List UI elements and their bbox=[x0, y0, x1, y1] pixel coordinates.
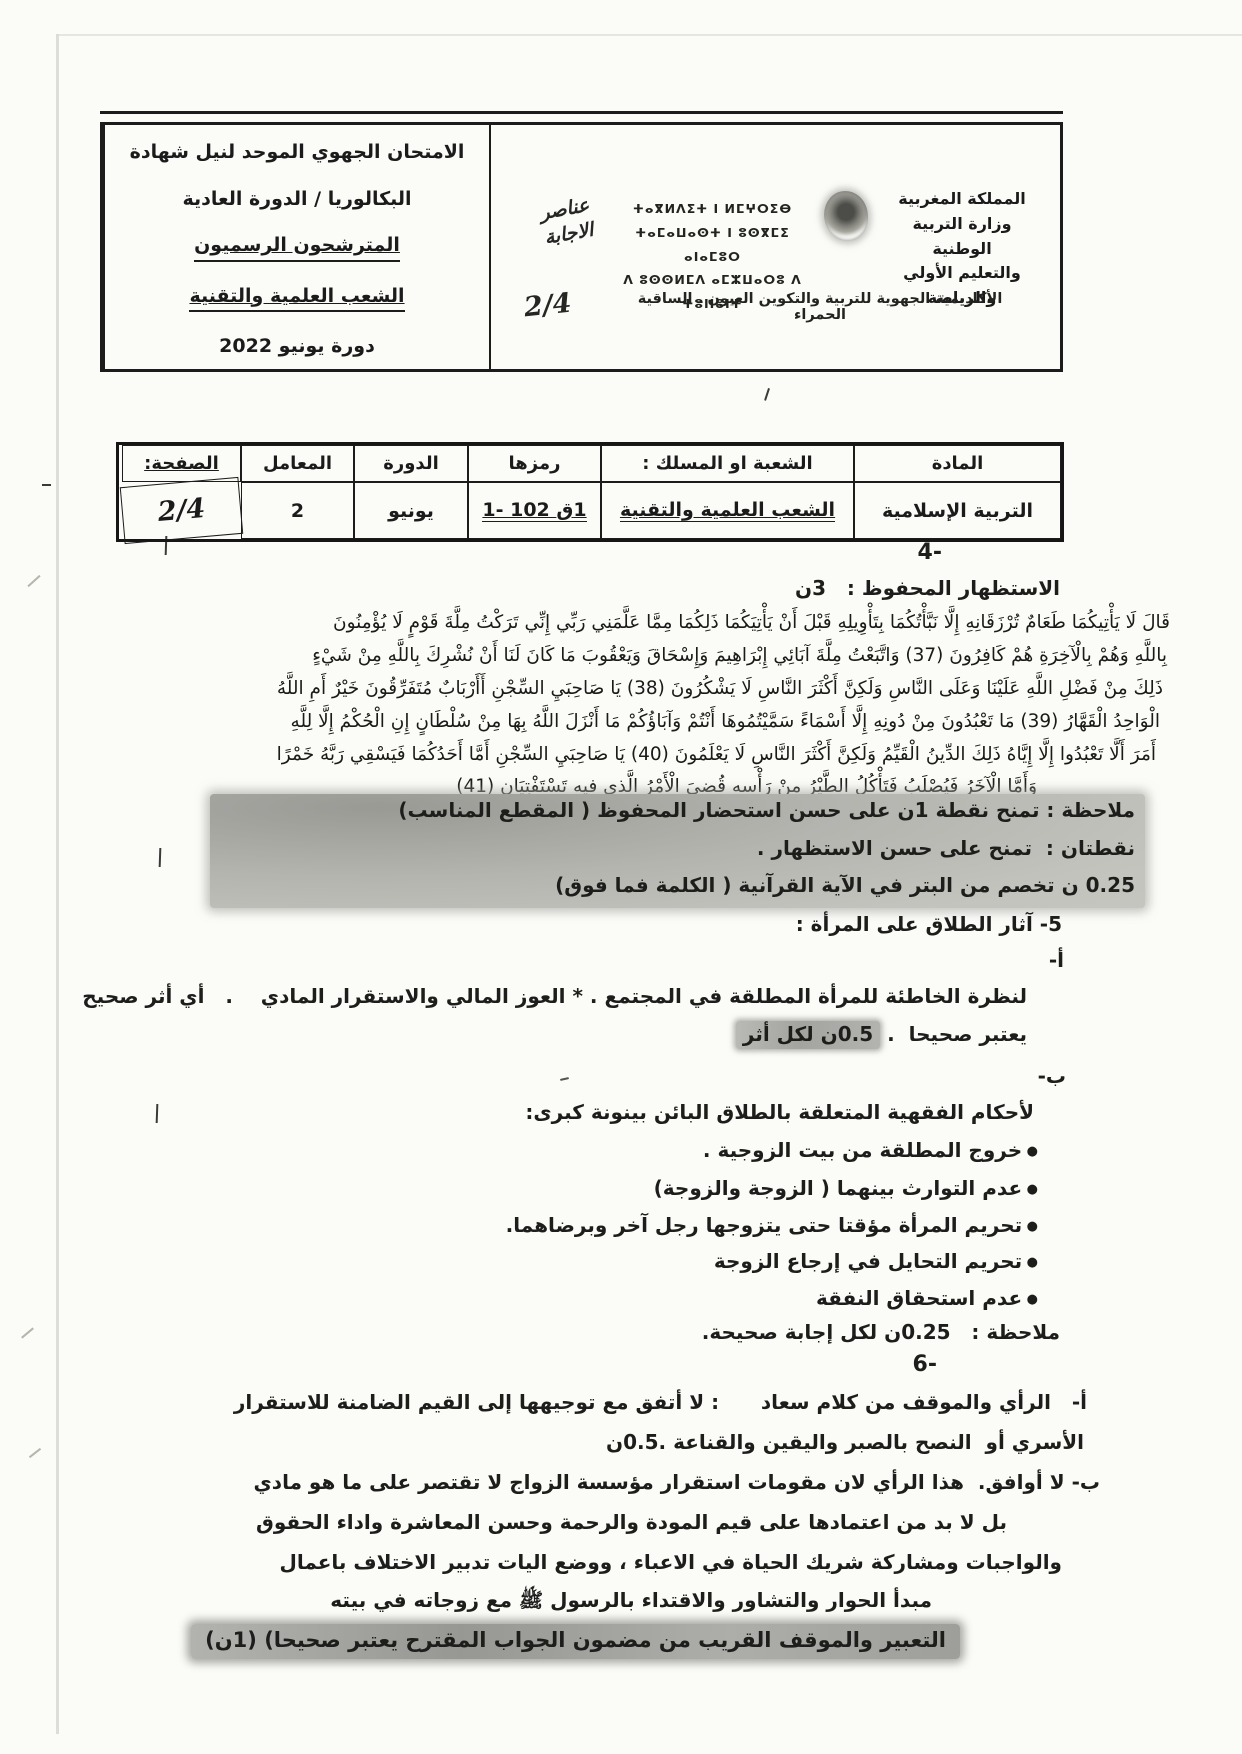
pen-mark bbox=[560, 1077, 569, 1081]
scan-smudge bbox=[21, 1327, 34, 1338]
exam-info-box: الامتحان الجهوي الموحد لنيل شهادة البكال… bbox=[103, 125, 489, 369]
exam-title-line1: الامتحان الجهوي الموحد لنيل شهادة bbox=[130, 141, 465, 165]
handwritten-answer-elements-note: عناصر الاجابة bbox=[538, 193, 595, 250]
opinion-b-line-4: مبدأ الحوار والتشاور والاقتداء بالرسول ﷺ… bbox=[330, 1588, 932, 1617]
scan-edge-line-vertical bbox=[56, 34, 59, 1734]
morocco-coat-of-arms-logo bbox=[824, 191, 868, 241]
grading-note-line-2: نقطتان : تمنح على حسن الاستظهار . bbox=[757, 836, 1135, 860]
session-label: دورة يونيو 2022 bbox=[219, 335, 375, 359]
opinion-a-line-1: أ- الرأي والموقف من كلام سعاد : لا أتفق … bbox=[234, 1390, 1087, 1414]
stream-value: الشعب العلمية والتقنية bbox=[601, 482, 854, 539]
col-header-code: رمزها bbox=[468, 445, 601, 482]
kingdom-label: المملكة المغربية bbox=[882, 187, 1042, 212]
points-per-effect-highlight: 0.5ن لكل أثر bbox=[736, 1021, 880, 1049]
exam-title-line2: البكالوريا / الدورة العادية bbox=[182, 188, 411, 212]
col-header-coefficient: المعامل bbox=[241, 445, 354, 482]
tifinagh-line-1: ⵜⴰⴳⵍⴷⵉⵜ ⵏ ⵍⵎⵖⵔⵉⴱ bbox=[615, 197, 810, 221]
handwritten-page-number: 2/4 bbox=[522, 288, 572, 324]
answer-b-marker: ب- bbox=[1038, 1064, 1066, 1088]
quran-verse-line-5: أَمَرَ أَلَّا تَعْبُدُوا إِلَّا إِيَّاهُ… bbox=[277, 744, 1156, 765]
answer-b-intro: لأحكام الفقهية المتعلقة بالطلاق البائن ب… bbox=[525, 1100, 1034, 1124]
handwritten-note-column: عناصر الاجابة 2/4 bbox=[489, 125, 599, 369]
col-header-session: الدورة bbox=[354, 445, 468, 482]
ruling-bullet-1: خروج المطلقة من بيت الزوجية . bbox=[703, 1138, 1038, 1162]
pen-tick-mark bbox=[156, 1104, 159, 1123]
col-header-page: الصفحة: bbox=[122, 445, 241, 482]
answer-a-marker: أ- bbox=[1049, 948, 1064, 972]
tifinagh-line-2: ⵜⴰⵎⴰⵡⴰⵙⵜ ⵏ ⵓⵙⴳⵎⵉ ⴰⵏⴰⵎⵓⵔ bbox=[615, 221, 810, 269]
header-double-rule bbox=[100, 111, 1063, 114]
scan-edge-line-horizontal bbox=[56, 34, 1242, 36]
opinion-b-line-3: والواجبات ومشاركة شريك الحياة في الاعباء… bbox=[279, 1550, 1062, 1574]
ruling-bullet-3: تحريم المرأة مؤقتا حتى يتزوجها رجل آخر و… bbox=[506, 1213, 1038, 1237]
memorization-title: الاستظهار المحفوظ : 3ن bbox=[795, 576, 1060, 600]
streams-label: الشعب العلمية والتقنية bbox=[189, 285, 404, 313]
opinion-a-line-2: الأسري أو النصح بالصبر واليقين والقناعة … bbox=[606, 1430, 1084, 1454]
ministry-header-box: المملكة المغربية وزارة التربية الوطنية و… bbox=[599, 125, 1060, 369]
answer-a-line-2: يعتبر صحيحا . 0.5ن لكل أثر bbox=[736, 1022, 1027, 1046]
quran-verse-line-2: بِاللَّهِ وَهُمْ بِالْآخِرَةِ هُمْ كَافِ… bbox=[312, 645, 1167, 666]
grading-note-highlight-block: ملاحظة : تمنح نقطة 1ن على حسن استحضار ال… bbox=[210, 794, 1145, 908]
opinion-b-line-2: بل لا بد من اعتمادها على قيم المودة والر… bbox=[256, 1510, 1007, 1534]
pen-tick-mark bbox=[159, 848, 162, 867]
exam-info-table: المادة الشعبة او المسلك : رمزها الدورة ا… bbox=[116, 442, 1064, 542]
answer-a-line-1: لنظرة الخاطئة للمرأة المطلقة في المجتمع … bbox=[82, 984, 1027, 1008]
quran-verse-line-4: الْوَاحِدُ الْقَهَّارُ (39) مَا تَعْبُدُ… bbox=[291, 711, 1160, 732]
ministry-label: وزارة التربية الوطنية bbox=[882, 212, 1042, 262]
pen-mark bbox=[764, 388, 770, 401]
grading-note-line-3: 0.25 ن تخصم من البتر في الآية القرآنية (… bbox=[555, 873, 1135, 897]
quran-verse-line-3: ذَلِكَ مِنْ فَضْلِ اللَّهِ عَلَيْنَا وَع… bbox=[277, 678, 1163, 699]
quran-verse-line-1: قَالَ لَا يَأْتِيكُمَا طَعَامٌ تُرْزَقَا… bbox=[333, 612, 1170, 633]
exam-code-text: 1- 102 ق‎1 bbox=[482, 499, 586, 522]
grading-note-line-1: ملاحظة : تمنح نقطة 1ن على حسن استحضار ال… bbox=[398, 798, 1135, 822]
col-header-subject: المادة bbox=[854, 445, 1061, 482]
scan-smudge bbox=[27, 575, 40, 587]
question-4-marker: -4 bbox=[918, 540, 942, 565]
answer-a-line-2-text: يعتبر صحيحا . bbox=[880, 1022, 1027, 1046]
subject-value: التربية الإسلامية bbox=[854, 482, 1061, 539]
question-5-grading-note: ملاحظة : 0.25ن لكل إجابة صحيحة. bbox=[702, 1320, 1060, 1344]
page-number-value: 2/4 bbox=[120, 477, 244, 544]
question-5-title: 5- آثار الطلاق على المرأة : bbox=[796, 912, 1062, 936]
exam-header-box: الامتحان الجهوي الموحد لنيل شهادة البكال… bbox=[100, 122, 1063, 372]
session-value: يونيو bbox=[354, 482, 468, 539]
ruling-bullet-4: تحريم التحايل في إرجاع الزوجة bbox=[714, 1249, 1038, 1273]
stream-value-text: الشعب العلمية والتقنية bbox=[620, 499, 835, 522]
coefficient-value: 2 bbox=[241, 482, 354, 539]
scan-smudge bbox=[29, 1448, 41, 1458]
scanned-exam-answer-key-page: الامتحان الجهوي الموحد لنيل شهادة البكال… bbox=[0, 0, 1242, 1754]
candidates-label: المترشحون الرسميون bbox=[194, 234, 400, 262]
question-6-marker: -6 bbox=[913, 1352, 937, 1377]
ruling-bullet-2: عدم التوارث بينهما ( الزوجة والزوجة) bbox=[654, 1176, 1038, 1200]
exam-code-value: 1- 102 ق‎1 bbox=[468, 482, 601, 539]
col-header-stream: الشعبة او المسلك : bbox=[601, 445, 854, 482]
pen-mark bbox=[42, 484, 51, 486]
regional-academy-label: الأكاديمية الجهوية للتربية والتكوين العي… bbox=[610, 291, 1030, 323]
ruling-bullet-5: عدم استحقاق النفقة bbox=[816, 1286, 1038, 1310]
final-grading-highlight: التعبير والموقف القريب من مضمون الجواب ا… bbox=[191, 1624, 960, 1659]
opinion-b-line-1: ب- لا أوافق. هذا الرأي لان مقومات استقرا… bbox=[253, 1470, 1100, 1494]
